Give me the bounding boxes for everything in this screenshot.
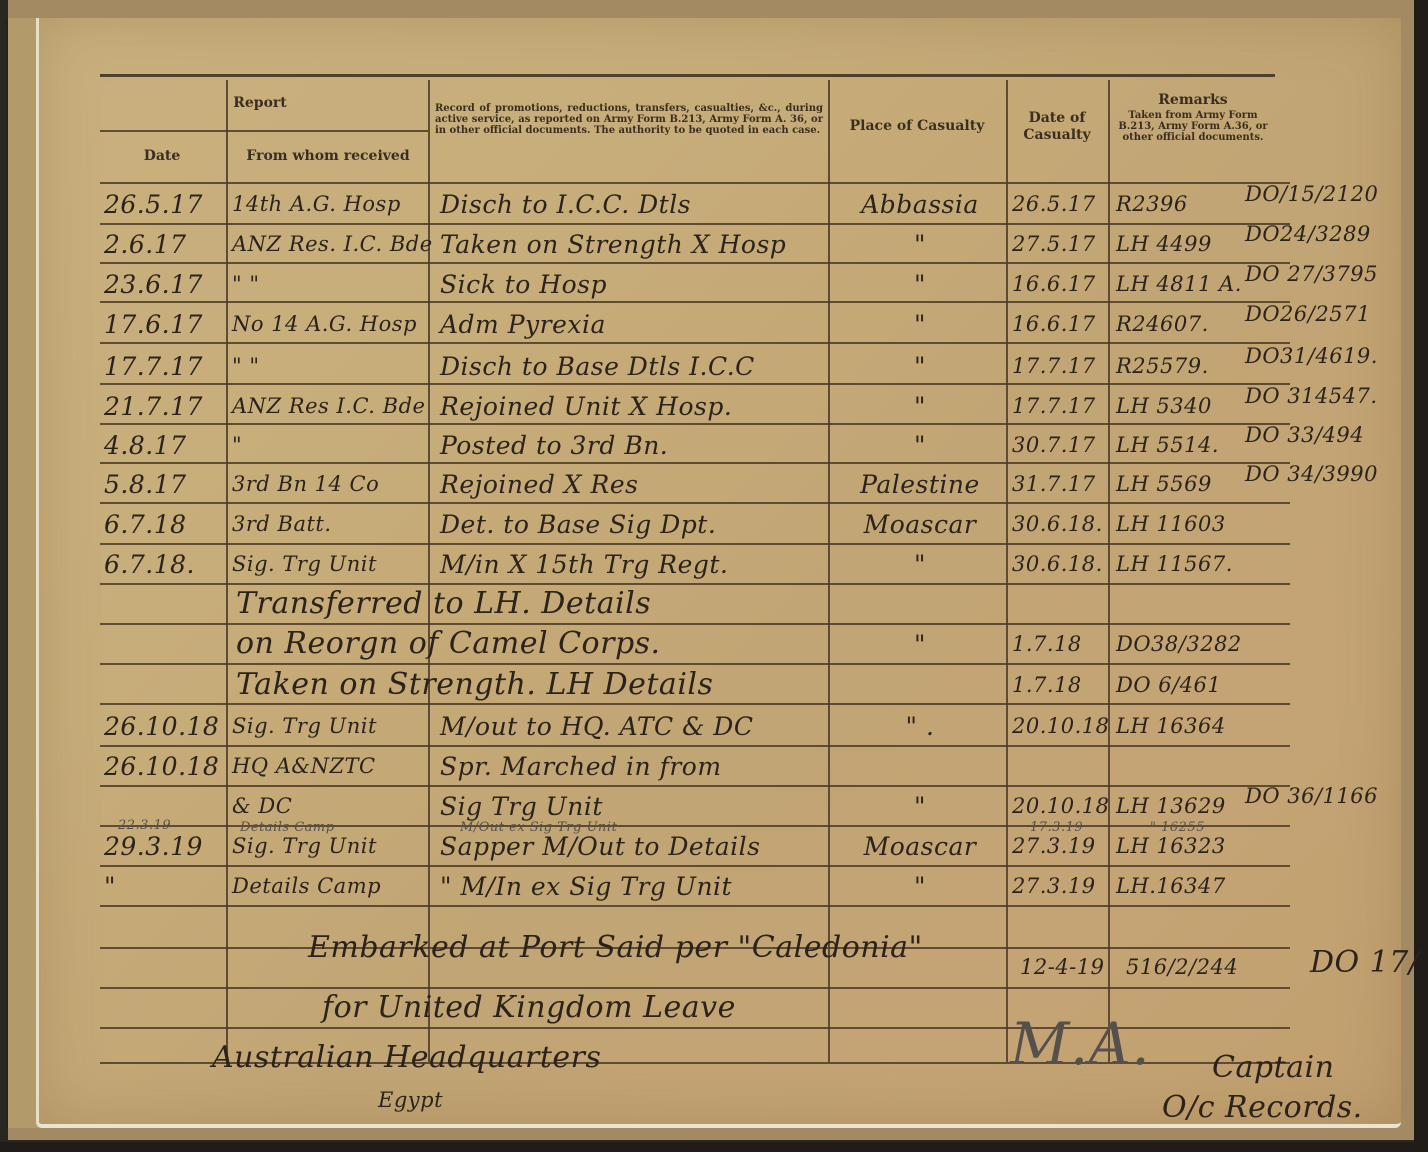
entry-remarks: DO38/3282 [1116, 632, 1242, 656]
entry-from-whom: Sig. Trg Unit [232, 552, 377, 576]
entry-date: 5.8.17 [104, 470, 187, 499]
entry-place-of-casualty: " [850, 270, 990, 299]
entry-date: 6.7.18 [104, 510, 187, 539]
entry-record: Posted to 3rd Bn. [440, 431, 668, 460]
grid-line [100, 543, 1290, 545]
header-remarks: Remarks [1112, 92, 1274, 108]
entry-date: 4.8.17 [104, 431, 187, 460]
entry-from-whom: Sig. Trg Unit [232, 834, 377, 858]
entry-place-of-casualty: " [850, 630, 990, 659]
entry-date: 21.7.17 [104, 392, 203, 421]
entry-from-whom: " [232, 433, 242, 457]
grid-line [100, 74, 1275, 77]
entry-place-of-casualty: " [850, 872, 990, 901]
entry-record: Disch to I.C.C. Dtls [440, 190, 691, 219]
entry-from-whom: Sig. Trg Unit [232, 714, 377, 738]
stamp-egypt: Egypt [378, 1088, 443, 1112]
entry-date-of-casualty: 30.6.18. [1012, 552, 1103, 576]
entry-date-of-casualty: 17.7.17 [1012, 354, 1096, 378]
entry-from-whom: & DC [232, 794, 292, 818]
entry-record: Det. to Base Sig Dpt. [440, 510, 716, 539]
embarkation-margin-note: DO 17/ [1310, 945, 1419, 980]
signatory-title-records: O/c Records. [1162, 1090, 1363, 1125]
entry-margin-note: DO 36/1166 [1245, 784, 1378, 808]
entry-record: Rejoined Unit X Hosp. [440, 392, 732, 421]
entry-margin-note: DO 33/494 [1245, 423, 1364, 447]
entry-margin-note: DO/15/2120 [1245, 182, 1378, 206]
entry-date-of-casualty: 27.3.19 [1012, 874, 1096, 898]
grid-line [100, 623, 1290, 625]
entry-place-of-casualty: " [850, 230, 990, 259]
entry-date-of-casualty: 17.7.17 [1012, 394, 1096, 418]
entry-record: Taken on Strength X Hosp [440, 230, 786, 259]
entry-date-of-casualty: 16.6.17 [1012, 272, 1096, 296]
entry-date: " [104, 872, 116, 901]
entry-remarks: R24607. [1116, 312, 1209, 336]
entry-place-of-casualty: " [850, 792, 990, 821]
entry-date-of-casualty: 30.7.17 [1012, 433, 1096, 457]
header-date-of-casualty: Date of Casualty [1014, 110, 1100, 144]
officer-signature: M.A. [1010, 1010, 1150, 1078]
entry-date-of-casualty: 1.7.18 [1012, 673, 1082, 697]
entry-margin-note: DO24/3289 [1245, 222, 1371, 246]
grid-line [828, 80, 830, 1062]
entry-record: Sig Trg Unit [440, 792, 603, 821]
entry-remarks-note: " 16255 [1150, 820, 1205, 835]
grid-line [100, 423, 1290, 425]
entry-remarks: LH 11603 [1116, 512, 1226, 536]
entry-remarks: LH 16323 [1116, 834, 1226, 858]
entry-margin-note: DO 314547. [1245, 384, 1378, 408]
entry-record: " M/In ex Sig Trg Unit [440, 872, 732, 901]
entry-record: Rejoined X Res [440, 470, 638, 499]
grid-line [100, 462, 1290, 464]
entry-remarks: DO 6/461 [1116, 673, 1221, 697]
embarkation-remarks: 516/2/244 [1126, 955, 1238, 979]
embarkation-line-2: for United Kingdom Leave [322, 990, 736, 1025]
entry-from-note: Details Camp [240, 820, 335, 835]
grid-line [428, 80, 430, 1062]
entry-date: 26.10.18 [104, 712, 219, 741]
stamp-australian-headquarters: Australian Headquarters [212, 1040, 601, 1075]
entry-record: Sapper M/Out to Details [440, 832, 761, 861]
embarkation-line-1: Embarked at Port Said per "Caledonia" [308, 930, 923, 965]
entry-date: 17.7.17 [104, 352, 203, 381]
entry-from-whom: ANZ Res. I.C. Bde [232, 232, 433, 256]
entry-spanning-text: on Reorgn of Camel Corps. [236, 626, 661, 661]
entry-from-whom: 14th A.G. Hosp [232, 192, 401, 216]
entry-place-of-casualty: " [850, 550, 990, 579]
entry-from-whom: " " [232, 354, 260, 378]
grid-line [100, 905, 1290, 907]
entry-from-whom: ANZ Res I.C. Bde [232, 394, 425, 418]
entry-date-of-casualty: 31.7.17 [1012, 472, 1096, 496]
entry-place-of-casualty: Palestine [850, 470, 990, 499]
entry-record: Spr. Marched in from [440, 752, 722, 781]
page-edge-shadow-bottom [0, 1142, 1428, 1152]
entry-margin-note: DO 27/3795 [1245, 262, 1378, 286]
entry-remarks: LH 4811 A. [1116, 272, 1242, 296]
entry-from-whom: " " [232, 272, 260, 296]
grid-line [100, 703, 1290, 705]
entry-date-of-casualty: 27.3.19 [1012, 834, 1096, 858]
grid-line [1108, 80, 1110, 1062]
entry-place-of-casualty: Moascar [850, 832, 990, 861]
grid-line [100, 583, 1290, 585]
entry-cas-date-note: 17.3.19 [1030, 820, 1083, 835]
entry-record: M/in X 15th Trg Regt. [440, 550, 728, 579]
entry-place-of-casualty: " [850, 310, 990, 339]
grid-line [226, 80, 228, 1062]
grid-line [1006, 80, 1008, 1062]
grid-line [100, 383, 1290, 385]
entry-remarks: LH 5514. [1116, 433, 1219, 457]
grid-line [100, 865, 1290, 867]
entry-date: 26.5.17 [104, 190, 203, 219]
entry-remarks: R2396 [1116, 192, 1188, 216]
entry-remarks: LH 13629 [1116, 794, 1226, 818]
grid-line [100, 223, 1290, 225]
entry-date-of-casualty: 1.7.18 [1012, 632, 1082, 656]
grid-line [100, 301, 1290, 303]
embarkation-date: 12-4-19 [1020, 955, 1105, 979]
entry-place-of-casualty: " [850, 352, 990, 381]
entry-margin-note: DO26/2571 [1245, 302, 1371, 326]
entry-remarks: LH 5569 [1116, 472, 1212, 496]
entry-margin-note: DO31/4619. [1245, 344, 1378, 368]
entry-from-whom: Details Camp [232, 874, 381, 898]
header-date: Date [112, 148, 212, 164]
entry-date-of-casualty: 30.6.18. [1012, 512, 1103, 536]
entry-from-whom: No 14 A.G. Hosp [232, 312, 417, 336]
entry-date: 29.3.19 [104, 832, 203, 861]
entry-date-of-casualty: 20.10.18 [1012, 794, 1110, 818]
grid-line [100, 262, 1290, 264]
entry-date: 17.6.17 [104, 310, 203, 339]
entry-date: 23.6.17 [104, 270, 203, 299]
entry-place-of-casualty: Abbassia [850, 190, 990, 219]
entry-place-of-casualty: " [850, 431, 990, 460]
entry-place-of-casualty: " . [850, 712, 990, 741]
entry-record: M/out to HQ. ATC & DC [440, 712, 753, 741]
entry-remarks: LH 16364 [1116, 714, 1226, 738]
entry-from-whom: HQ A&NZTC [232, 754, 376, 778]
grid-line [100, 785, 1290, 787]
entry-remarks: LH.16347 [1116, 874, 1226, 898]
header-from-whom: From whom received [228, 148, 428, 164]
entry-record-note: M/Out ex Sig Trg Unit [460, 820, 617, 835]
entry-from-whom: 3rd Batt. [232, 512, 332, 536]
grid-line [100, 745, 1290, 747]
grid-line [100, 502, 1290, 504]
entry-from-whom: 3rd Bn 14 Co [232, 472, 379, 496]
entry-date-of-casualty: 20.10.18 [1012, 714, 1110, 738]
entry-date: 6.7.18. [104, 550, 195, 579]
grid-line [100, 987, 1290, 989]
entry-place-of-casualty: Moascar [850, 510, 990, 539]
entry-remarks: R25579. [1116, 354, 1209, 378]
entry-spanning-text: Transferred to LH. Details [236, 586, 651, 621]
entry-date-of-casualty: 27.5.17 [1012, 232, 1096, 256]
header-record: Record of promotions, reductions, transf… [435, 103, 823, 136]
grid-line [100, 130, 428, 132]
entry-margin-note: DO 34/3990 [1245, 462, 1378, 486]
entry-date: 26.10.18 [104, 752, 219, 781]
entry-date-of-casualty: 16.6.17 [1012, 312, 1096, 336]
entry-spanning-text: Taken on Strength. LH Details [236, 667, 713, 702]
entry-remarks: LH 11567. [1116, 552, 1233, 576]
entry-date-of-casualty: 26.5.17 [1012, 192, 1096, 216]
entry-record: Disch to Base Dtls I.C.C [440, 352, 755, 381]
entry-record: Sick to Hosp [440, 270, 607, 299]
entry-remarks: LH 4499 [1116, 232, 1212, 256]
entry-remarks: LH 5340 [1116, 394, 1212, 418]
grid-line [100, 342, 1290, 344]
entry-date-note: 22.3.19 [118, 818, 171, 833]
grid-line [100, 663, 1290, 665]
signatory-title-captain: Captain [1212, 1050, 1334, 1085]
entry-record: Adm Pyrexia [440, 310, 606, 339]
entry-place-of-casualty: " [850, 392, 990, 421]
header-place-of-casualty: Place of Casualty [832, 118, 1002, 134]
header-remarks-sub: Taken from Army Form B.213, Army Form A.… [1112, 110, 1274, 143]
grid-line [100, 182, 1290, 184]
header-report: Report [200, 95, 320, 111]
entry-date: 2.6.17 [104, 230, 187, 259]
